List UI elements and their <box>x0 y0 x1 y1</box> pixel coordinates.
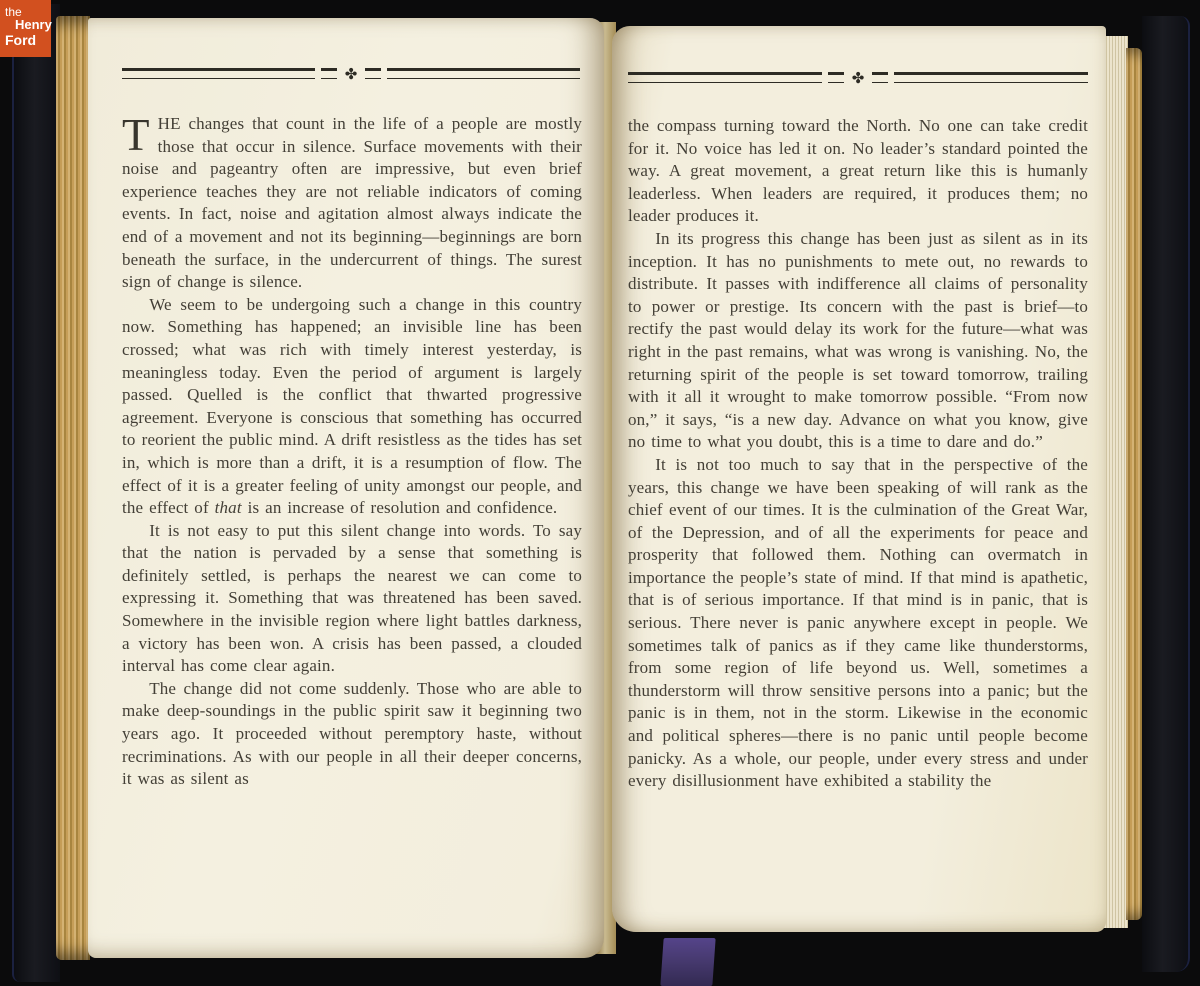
left-page-text: THE changes that count in the life of a … <box>122 113 582 791</box>
text-run: It is not too much to say that in the pe… <box>628 455 1088 790</box>
headpiece-rule <box>628 72 822 83</box>
paragraph: We seem to be undergoing such a change i… <box>122 294 582 520</box>
left-page: ✤ THE changes that count in the life of … <box>88 18 604 958</box>
text-run: In its progress this change has been jus… <box>628 229 1088 451</box>
paragraph: In its progress this change has been jus… <box>628 228 1088 454</box>
paragraph: It is not too much to say that in the pe… <box>628 454 1088 793</box>
fleuron-ornament-icon: ✤ <box>345 69 358 79</box>
drop-cap: T <box>122 113 158 154</box>
text-run: The change did not come suddenly. Those … <box>122 679 582 788</box>
fleuron-ornament-icon: ✤ <box>852 73 865 83</box>
book-photograph: ✤ THE changes that count in the life of … <box>0 0 1200 986</box>
headpiece-left: ✤ <box>122 68 580 79</box>
italic-text-run: that <box>215 498 242 517</box>
henry-ford-logo: the Henry Ford <box>0 0 51 57</box>
book-cover-right <box>1142 16 1190 972</box>
text-run: We seem to be undergoing such a change i… <box>122 295 582 517</box>
paragraph: The change did not come suddenly. Those … <box>122 678 582 791</box>
headpiece-rule-stub <box>872 72 888 83</box>
gilded-page-edges-left <box>56 16 90 960</box>
gilded-page-edges-right <box>1126 48 1142 920</box>
logo-text-henry: Henry <box>15 17 52 32</box>
text-run: HE changes that count in the life of a p… <box>122 114 582 291</box>
headpiece-rule <box>387 68 580 79</box>
headpiece-rule-stub <box>321 68 337 79</box>
stacked-page-edges-right <box>1104 36 1128 928</box>
paragraph: It is not easy to put this silent change… <box>122 520 582 678</box>
bookmark-ribbon <box>660 938 715 986</box>
paragraph: THE changes that count in the life of a … <box>122 113 582 294</box>
text-run: It is not easy to put this silent change… <box>122 521 582 676</box>
text-run: is an increase of resolution and confide… <box>242 498 558 517</box>
book-cover-left <box>12 4 60 982</box>
headpiece-rule <box>894 72 1088 83</box>
text-run: the compass turning toward the North. No… <box>628 116 1088 225</box>
paragraph: the compass turning toward the North. No… <box>628 115 1088 228</box>
headpiece-rule-stub <box>828 72 844 83</box>
headpiece-rule-stub <box>365 68 381 79</box>
right-page: ✤ the compass turning toward the North. … <box>612 26 1106 932</box>
headpiece-rule <box>122 68 315 79</box>
headpiece-right: ✤ <box>628 72 1088 83</box>
logo-text-ford: Ford <box>5 32 36 48</box>
right-page-text: the compass turning toward the North. No… <box>628 115 1088 793</box>
